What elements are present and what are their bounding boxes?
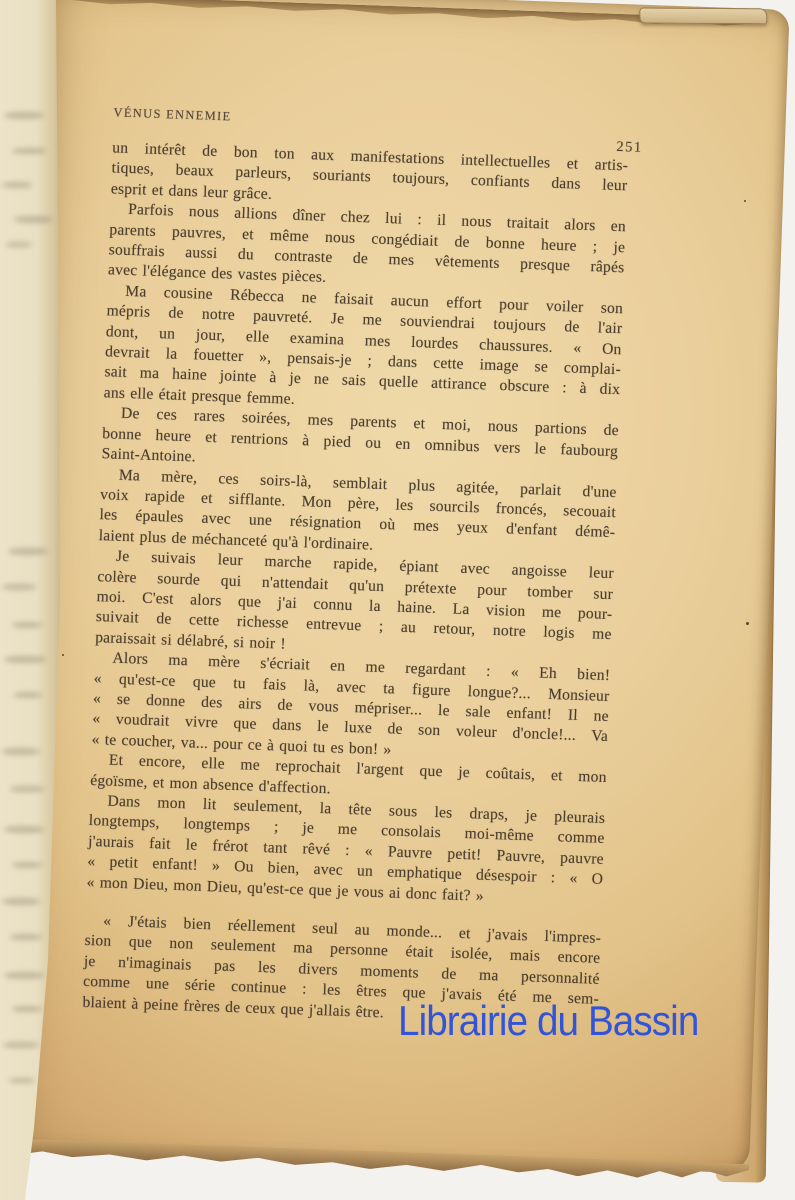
paper-speck	[744, 200, 746, 202]
paragraph: Je suivais leur marche rapide, épiant av…	[95, 546, 614, 666]
bleed-through-smudge	[4, 656, 46, 663]
page-text: VÉNUS ENNEMIE 251 un intérêt de bon ton …	[82, 104, 629, 1031]
paragraph: Dans mon lit seulement, la tête sous les…	[86, 791, 605, 911]
bleed-through-smudge	[8, 548, 48, 555]
paragraph: Ma cousine Rébecca ne faisait aucun effo…	[103, 281, 623, 421]
paper-speck	[746, 622, 749, 625]
bleed-through-smudge	[4, 112, 44, 119]
bleed-through-smudge	[3, 1042, 39, 1048]
page-number: 251	[616, 138, 643, 157]
watermark-text: Librairie du Bassin	[398, 1000, 698, 1042]
bleed-through-smudge	[10, 934, 42, 940]
bleed-through-smudge	[2, 584, 36, 590]
bleed-through-smudge	[4, 972, 44, 979]
bleed-through-smudge	[14, 216, 52, 223]
bleed-through-smudge	[12, 862, 42, 868]
paragraphs-container: un intérêt de bon ton aux manifestations…	[82, 138, 628, 1031]
bleed-through-smudge	[2, 898, 40, 905]
bleed-through-smudge	[12, 622, 42, 628]
torn-corner-flap	[639, 7, 767, 24]
book-photo: VÉNUS ENNEMIE 251 un intérêt de bon ton …	[0, 0, 795, 1200]
paragraph: Alors ma mère s'écriait en me regardant …	[91, 648, 610, 768]
bleed-through-smudge	[6, 242, 32, 247]
deckle-bottom-edge	[5, 1138, 749, 1182]
bleed-through-smudge	[12, 148, 46, 154]
bleed-through-smudge	[10, 786, 44, 792]
bleed-through-smudge	[2, 182, 32, 188]
bleed-through-smudge	[12, 1006, 42, 1012]
bleed-through-smudge	[2, 748, 40, 755]
bleed-through-smudge	[9, 1078, 35, 1083]
bleed-through-smudge	[14, 692, 42, 698]
bleed-through-smudge	[4, 826, 44, 833]
paper-speck	[62, 654, 64, 656]
